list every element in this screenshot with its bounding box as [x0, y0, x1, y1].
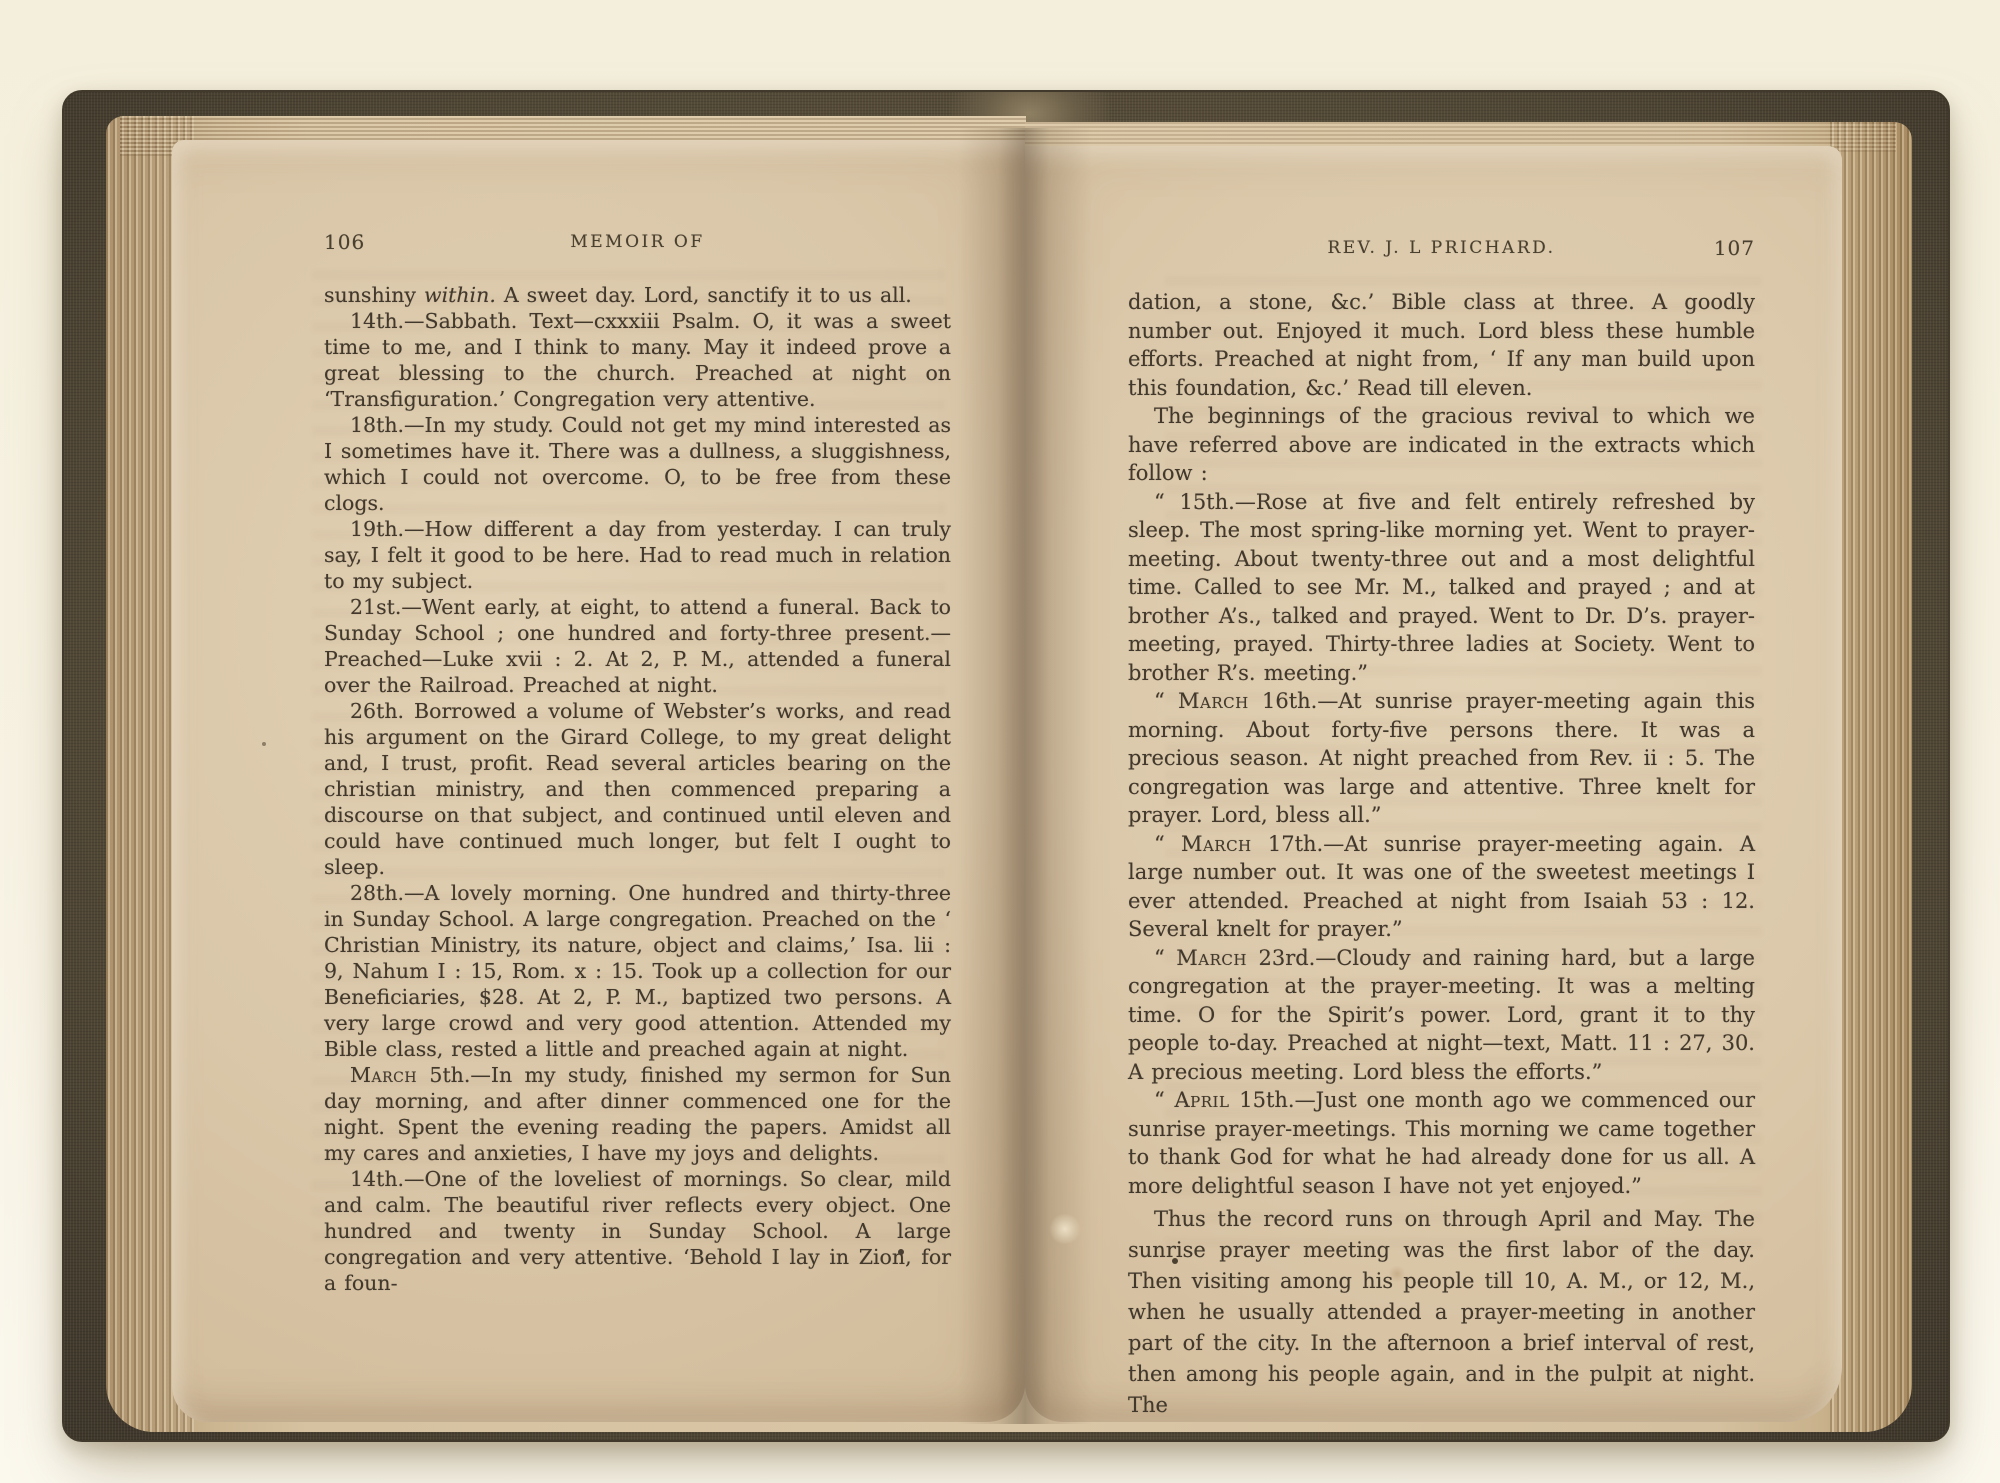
paragraph: dation, a stone, &c.’ Bible class at thr…	[1128, 288, 1755, 402]
right-page-body: dation, a stone, &c.’ Bible class at thr…	[1128, 288, 1755, 1421]
text-segment: The beginnings of the gracious revival t…	[1128, 404, 1755, 485]
paragraph: 14th.—Sabbath. Text—cxxxiii Psalm. O, it…	[324, 308, 951, 412]
paragraph: 19th.—How different a day from yesterday…	[324, 516, 951, 594]
paragraph: 21st.—Went early, at eight, to attend a …	[324, 594, 951, 698]
right-page-text: REV. J. L PRICHARD. 107 dation, a stone,…	[1128, 238, 1755, 1421]
text-segment: sunshiny	[324, 283, 424, 307]
text-segment: “	[1154, 689, 1178, 713]
paragraph: “ 15th.—Rose at five and felt entirely r…	[1128, 488, 1755, 688]
paragraph: The beginnings of the gracious revival t…	[1128, 402, 1755, 488]
text-segment: 26th. Borrowed a volume of Webster’s wor…	[324, 699, 951, 879]
paragraph: March 5th.—In my study, finished my serm…	[324, 1062, 951, 1166]
text-segment: 19th.—How different a day from yesterday…	[324, 517, 951, 593]
left-page-number: 106	[324, 230, 365, 254]
right-page-number: 107	[1714, 236, 1755, 260]
right-running-header: REV. J. L PRICHARD. 107	[1128, 238, 1755, 264]
paper-stain	[1388, 1266, 1406, 1282]
ink-speck	[1172, 1258, 1178, 1264]
text-segment: 14th.—One of the loveliest of mornings. …	[324, 1167, 951, 1295]
text-segment-italic: within.	[424, 283, 496, 307]
right-running-head-title: REV. J. L PRICHARD.	[1327, 238, 1555, 258]
paragraph: 14th.—One of the loveliest of mornings. …	[324, 1166, 951, 1296]
text-segment: 28th.—A lovely morning. One hundred and …	[324, 881, 951, 1061]
text-segment: “	[1154, 832, 1181, 856]
paragraph: “ April 15th.—Just one month ago we comm…	[1128, 1086, 1755, 1200]
paragraph: Thus the record runs on through April an…	[1128, 1204, 1755, 1421]
paragraph: 18th.—In my study. Could not get my mind…	[324, 412, 951, 516]
text-segment: 21st.—Went early, at eight, to attend a …	[324, 595, 951, 697]
paragraph: “ March 16th.—At sunrise prayer-meeting …	[1128, 687, 1755, 830]
ink-speck	[262, 742, 266, 746]
paragraph: 28th.—A lovely morning. One hundred and …	[324, 880, 951, 1062]
paragraph: “ March 17th.—At sunrise prayer-meeting …	[1128, 830, 1755, 944]
text-segment: “	[1154, 1088, 1175, 1112]
paragraph: “ March 23rd.—Cloudy and raining hard, b…	[1128, 944, 1755, 1087]
text-segment: 18th.—In my study. Could not get my mind…	[324, 413, 951, 515]
text-segment-smallcaps: March	[1176, 946, 1247, 970]
text-segment: “ 15th.—Rose at five and felt entirely r…	[1128, 490, 1755, 685]
text-segment: Thus the record runs on through April an…	[1128, 1207, 1755, 1417]
text-segment: dation, a stone, &c.’ Bible class at thr…	[1128, 290, 1755, 400]
photo-background: 106 MEMOIR OF sunshiny within. A sweet d…	[0, 0, 2000, 1483]
left-page-body: sunshiny within. A sweet day. Lord, sanc…	[324, 282, 951, 1296]
text-segment-smallcaps: March	[350, 1063, 417, 1087]
text-segment: 5th.—In my study, finished my sermon for…	[324, 1063, 951, 1165]
left-running-head-title: MEMOIR OF	[570, 232, 704, 252]
text-segment: “	[1154, 946, 1176, 970]
text-segment: 14th.—Sabbath. Text—cxxxiii Psalm. O, it…	[324, 309, 951, 411]
ink-speck	[898, 1249, 904, 1255]
text-segment: A sweet day. Lord, sanctify it to us all…	[496, 283, 912, 307]
left-running-header: 106 MEMOIR OF	[324, 232, 951, 258]
paper-blemish	[1048, 1214, 1082, 1244]
paragraph: 26th. Borrowed a volume of Webster’s wor…	[324, 698, 951, 880]
text-segment-smallcaps: March	[1181, 832, 1252, 856]
paragraph: sunshiny within. A sweet day. Lord, sanc…	[324, 282, 951, 308]
text-segment-smallcaps: March	[1178, 689, 1249, 713]
left-page-text: 106 MEMOIR OF sunshiny within. A sweet d…	[324, 232, 951, 1296]
text-segment-smallcaps: April	[1175, 1088, 1230, 1112]
